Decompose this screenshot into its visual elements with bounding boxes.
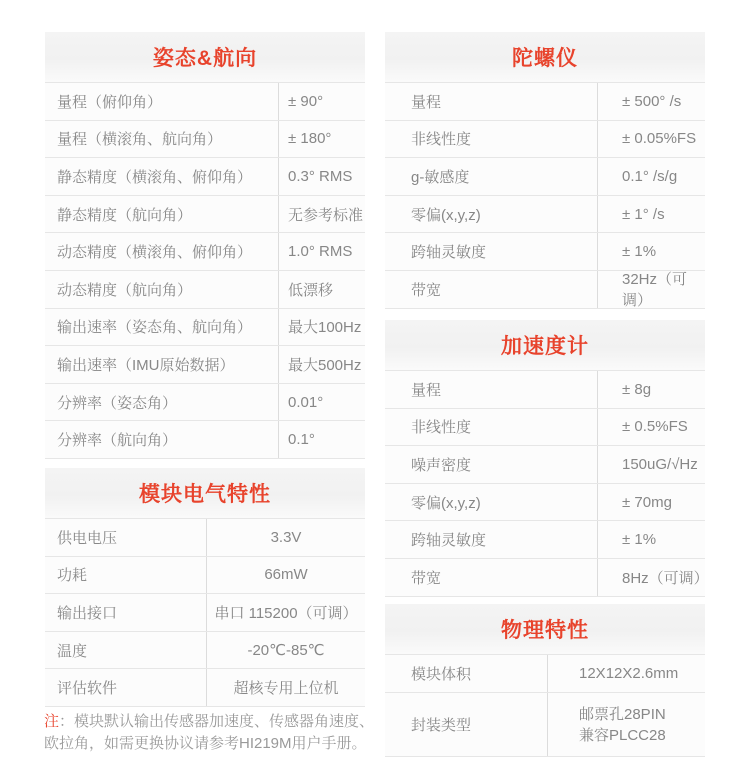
table-row: 分辨率（航向角） 0.1°	[45, 420, 365, 458]
spec-value: 0.1° /s/g	[597, 158, 705, 195]
spec-label: 功耗	[45, 557, 206, 594]
table-row: 静态精度（航向角） 无参考标准	[45, 195, 365, 233]
table-row: 动态精度（航向角） 低漂移	[45, 270, 365, 308]
table-row: 输出接口 串口 115200（可调）	[45, 593, 365, 631]
table-accelerometer-title: 加速度计	[501, 330, 589, 360]
table-row: g-敏感度 0.1° /s/g	[385, 157, 705, 195]
footnote: 注：模块默认输出传感器加速度、传感器角速度、欧拉角，如需更换协议请参考HI219…	[44, 711, 380, 755]
spec-label: 带宽	[385, 559, 597, 596]
table-electrical: 模块电气特性 供电电压 3.3V 功耗 66mW 输出接口 串口 115200（…	[45, 468, 365, 707]
spec-value: 最大100Hz	[278, 309, 365, 346]
table-row: 量程（俯仰角） ± 90°	[45, 82, 365, 120]
spec-value: 0.01°	[278, 384, 365, 421]
spec-label: 静态精度（航向角）	[45, 196, 278, 233]
table-accelerometer-rows: 量程 ± 8g 非线性度 ± 0.5%FS 噪声密度 150uG/√Hz 零偏(…	[385, 370, 705, 597]
spec-label: 跨轴灵敏度	[385, 233, 597, 270]
spec-value: 8Hz（可调）	[597, 559, 705, 596]
spec-value: ± 500° /s	[597, 83, 705, 120]
spec-value: ± 0.5%FS	[597, 409, 705, 446]
table-physical: 物理特性 模块体积 12X12X2.6mm 封装类型 邮票孔28PIN 兼容PL…	[385, 604, 705, 757]
spec-value: 最大500Hz	[278, 346, 365, 383]
spec-value: -20℃-85℃	[206, 632, 365, 669]
spec-value: ± 0.05%FS	[597, 121, 705, 158]
spec-value: 0.3° RMS	[278, 158, 365, 195]
table-row: 动态精度（横滚角、俯仰角） 1.0° RMS	[45, 232, 365, 270]
spec-label: 带宽	[385, 271, 597, 308]
spec-label: 封装类型	[385, 693, 547, 756]
spec-label: 非线性度	[385, 121, 597, 158]
spec-label: 动态精度（横滚角、俯仰角）	[45, 233, 278, 270]
spec-label: 量程（俯仰角）	[45, 83, 278, 120]
table-attitude-heading: 姿态&航向 量程（俯仰角） ± 90° 量程（横滚角、航向角） ± 180° 静…	[45, 32, 365, 459]
table-electrical-header: 模块电气特性	[45, 468, 365, 518]
spec-label: 输出速率（姿态角、航向角）	[45, 309, 278, 346]
table-accelerometer: 加速度计 量程 ± 8g 非线性度 ± 0.5%FS 噪声密度 150uG/√H…	[385, 320, 705, 597]
table-row: 供电电压 3.3V	[45, 518, 365, 556]
spec-label: 量程	[385, 83, 597, 120]
spec-label: 量程（横滚角、航向角）	[45, 121, 278, 158]
spec-value: 超核专用上位机	[206, 669, 365, 706]
table-physical-title: 物理特性	[501, 614, 589, 644]
table-row: 分辨率（姿态角） 0.01°	[45, 383, 365, 421]
spec-label: 噪声密度	[385, 446, 597, 483]
spec-value: 串口 115200（可调）	[206, 594, 365, 631]
table-attitude-rows: 量程（俯仰角） ± 90° 量程（横滚角、航向角） ± 180° 静态精度（横滚…	[45, 82, 365, 459]
spec-value: 1.0° RMS	[278, 233, 365, 270]
spec-label: 静态精度（横滚角、俯仰角）	[45, 158, 278, 195]
spec-label: 模块体积	[385, 655, 547, 692]
spec-label: 非线性度	[385, 409, 597, 446]
spec-value: 66mW	[206, 557, 365, 594]
table-row: 封装类型 邮票孔28PIN 兼容PLCC28	[385, 692, 705, 756]
spec-value: ± 180°	[278, 121, 365, 158]
spec-value: ± 1° /s	[597, 196, 705, 233]
table-gyroscope: 陀螺仪 量程 ± 500° /s 非线性度 ± 0.05%FS g-敏感度 0.…	[385, 32, 705, 309]
spec-value: 3.3V	[206, 519, 365, 556]
table-row: 量程 ± 8g	[385, 370, 705, 408]
spec-label: 零偏(x,y,z)	[385, 484, 597, 521]
spec-value: ± 8g	[597, 371, 705, 408]
spec-value: ± 1%	[597, 521, 705, 558]
spec-label: 分辨率（姿态角）	[45, 384, 278, 421]
table-attitude-title: 姿态&航向	[153, 42, 257, 72]
table-row: 跨轴灵敏度 ± 1%	[385, 520, 705, 558]
table-row: 带宽 8Hz（可调）	[385, 558, 705, 596]
spec-label: 量程	[385, 371, 597, 408]
table-row: 输出速率（IMU原始数据） 最大500Hz	[45, 345, 365, 383]
spec-label: 分辨率（航向角）	[45, 421, 278, 458]
spec-label: g-敏感度	[385, 158, 597, 195]
spec-label: 评估软件	[45, 669, 206, 706]
table-attitude-header: 姿态&航向	[45, 32, 365, 82]
table-row: 量程 ± 500° /s	[385, 82, 705, 120]
spec-label: 动态精度（航向角）	[45, 271, 278, 308]
table-gyroscope-rows: 量程 ± 500° /s 非线性度 ± 0.05%FS g-敏感度 0.1° /…	[385, 82, 705, 309]
spec-label: 供电电压	[45, 519, 206, 556]
spec-label: 跨轴灵敏度	[385, 521, 597, 558]
table-row: 非线性度 ± 0.5%FS	[385, 408, 705, 446]
table-electrical-rows: 供电电压 3.3V 功耗 66mW 输出接口 串口 115200（可调） 温度 …	[45, 518, 365, 707]
table-row: 非线性度 ± 0.05%FS	[385, 120, 705, 158]
table-row: 功耗 66mW	[45, 556, 365, 594]
spec-value: ± 90°	[278, 83, 365, 120]
table-physical-header: 物理特性	[385, 604, 705, 654]
table-gyroscope-header: 陀螺仪	[385, 32, 705, 82]
table-gyroscope-title: 陀螺仪	[512, 42, 578, 72]
spec-value: 150uG/√Hz	[597, 446, 705, 483]
spec-value: 0.1°	[278, 421, 365, 458]
table-row: 零偏(x,y,z) ± 1° /s	[385, 195, 705, 233]
spec-label: 输出接口	[45, 594, 206, 631]
table-accelerometer-header: 加速度计	[385, 320, 705, 370]
spec-label: 温度	[45, 632, 206, 669]
footnote-text: ：模块默认输出传感器加速度、传感器角速度、欧拉角，如需更换协议请参考HI219M…	[44, 713, 374, 752]
table-physical-rows: 模块体积 12X12X2.6mm 封装类型 邮票孔28PIN 兼容PLCC28	[385, 654, 705, 757]
spec-value: 无参考标准	[278, 196, 365, 233]
table-row: 输出速率（姿态角、航向角） 最大100Hz	[45, 308, 365, 346]
table-electrical-title: 模块电气特性	[139, 478, 271, 508]
table-row: 噪声密度 150uG/√Hz	[385, 445, 705, 483]
spec-sheet-page: 姿态&航向 量程（俯仰角） ± 90° 量程（横滚角、航向角） ± 180° 静…	[0, 0, 750, 769]
footnote-prefix: 注	[44, 713, 59, 730]
spec-label: 零偏(x,y,z)	[385, 196, 597, 233]
table-row: 静态精度（横滚角、俯仰角） 0.3° RMS	[45, 157, 365, 195]
table-row: 跨轴灵敏度 ± 1%	[385, 232, 705, 270]
spec-value: 低漂移	[278, 271, 365, 308]
spec-value: 邮票孔28PIN 兼容PLCC28	[547, 693, 705, 756]
table-row: 零偏(x,y,z) ± 70mg	[385, 483, 705, 521]
spec-value: 32Hz（可调）	[597, 271, 705, 308]
spec-value: ± 1%	[597, 233, 705, 270]
spec-value: 12X12X2.6mm	[547, 655, 705, 692]
spec-value: ± 70mg	[597, 484, 705, 521]
table-row: 评估软件 超核专用上位机	[45, 668, 365, 706]
table-row: 温度 -20℃-85℃	[45, 631, 365, 669]
table-row: 量程（横滚角、航向角） ± 180°	[45, 120, 365, 158]
table-row: 模块体积 12X12X2.6mm	[385, 654, 705, 692]
spec-label: 输出速率（IMU原始数据）	[45, 346, 278, 383]
table-row: 带宽 32Hz（可调）	[385, 270, 705, 308]
